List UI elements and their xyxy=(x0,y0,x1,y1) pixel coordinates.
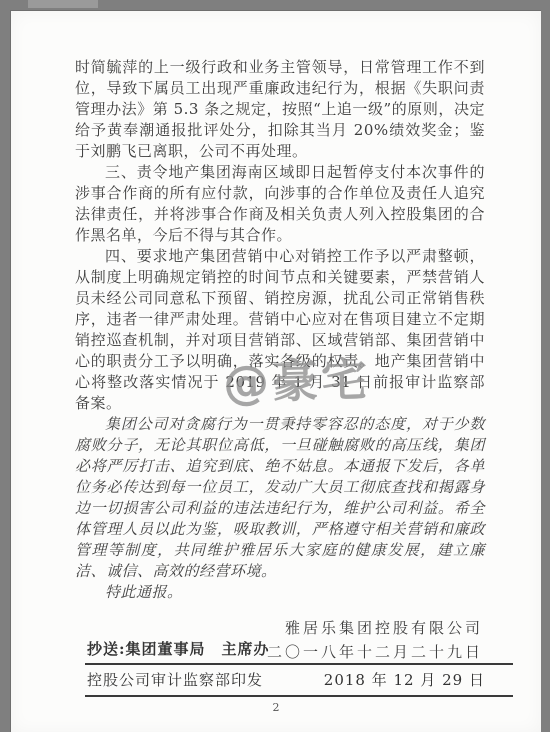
issue-date: 2018 年 12 月 29 日 xyxy=(324,669,485,690)
paragraph-item-four: 四、要求地产集团营销中心对销控工作予以严肃整顿，从制度上明确规定销控的时间节点和… xyxy=(75,246,485,414)
document-body: 时简毓萍的上一级行政和业务主管领导，日常管理工作不到位，导致下属员工出现严重廉政… xyxy=(75,57,485,664)
document-page: 时简毓萍的上一级行政和业务主管领导，日常管理工作不到位，导致下属员工出现严重廉政… xyxy=(10,10,541,732)
paragraph-closing-statement: 集团公司对贪腐行为一贯秉持零容忍的态度，对于少数腐败分子，无论其职位高低，一旦碰… xyxy=(75,414,485,582)
document-footer: 抄送:集团董事局 主席办 控股公司审计监察部印发 2018 年 12 月 29 … xyxy=(85,637,513,697)
page-number: 2 xyxy=(11,701,541,714)
scan-edge-artifact xyxy=(28,0,98,8)
paragraph-continuation: 时简毓萍的上一级行政和业务主管领导，日常管理工作不到位，导致下属员工出现严重廉政… xyxy=(75,57,485,162)
paragraph-hereby-notice: 特此通报。 xyxy=(75,582,485,603)
cc-line: 抄送:集团董事局 主席办 xyxy=(85,637,513,665)
photo-background: 时简毓萍的上一级行政和业务主管领导，日常管理工作不到位，导致下属员工出现严重廉政… xyxy=(0,0,550,732)
issue-row: 控股公司审计监察部印发 2018 年 12 月 29 日 xyxy=(85,665,513,697)
issuer-label: 控股公司审计监察部印发 xyxy=(87,669,263,690)
paragraph-item-three: 三、责令地产集团海南区域即日起暂停支付本次事件的涉事合作商的所有应付款，向涉事的… xyxy=(75,162,485,246)
